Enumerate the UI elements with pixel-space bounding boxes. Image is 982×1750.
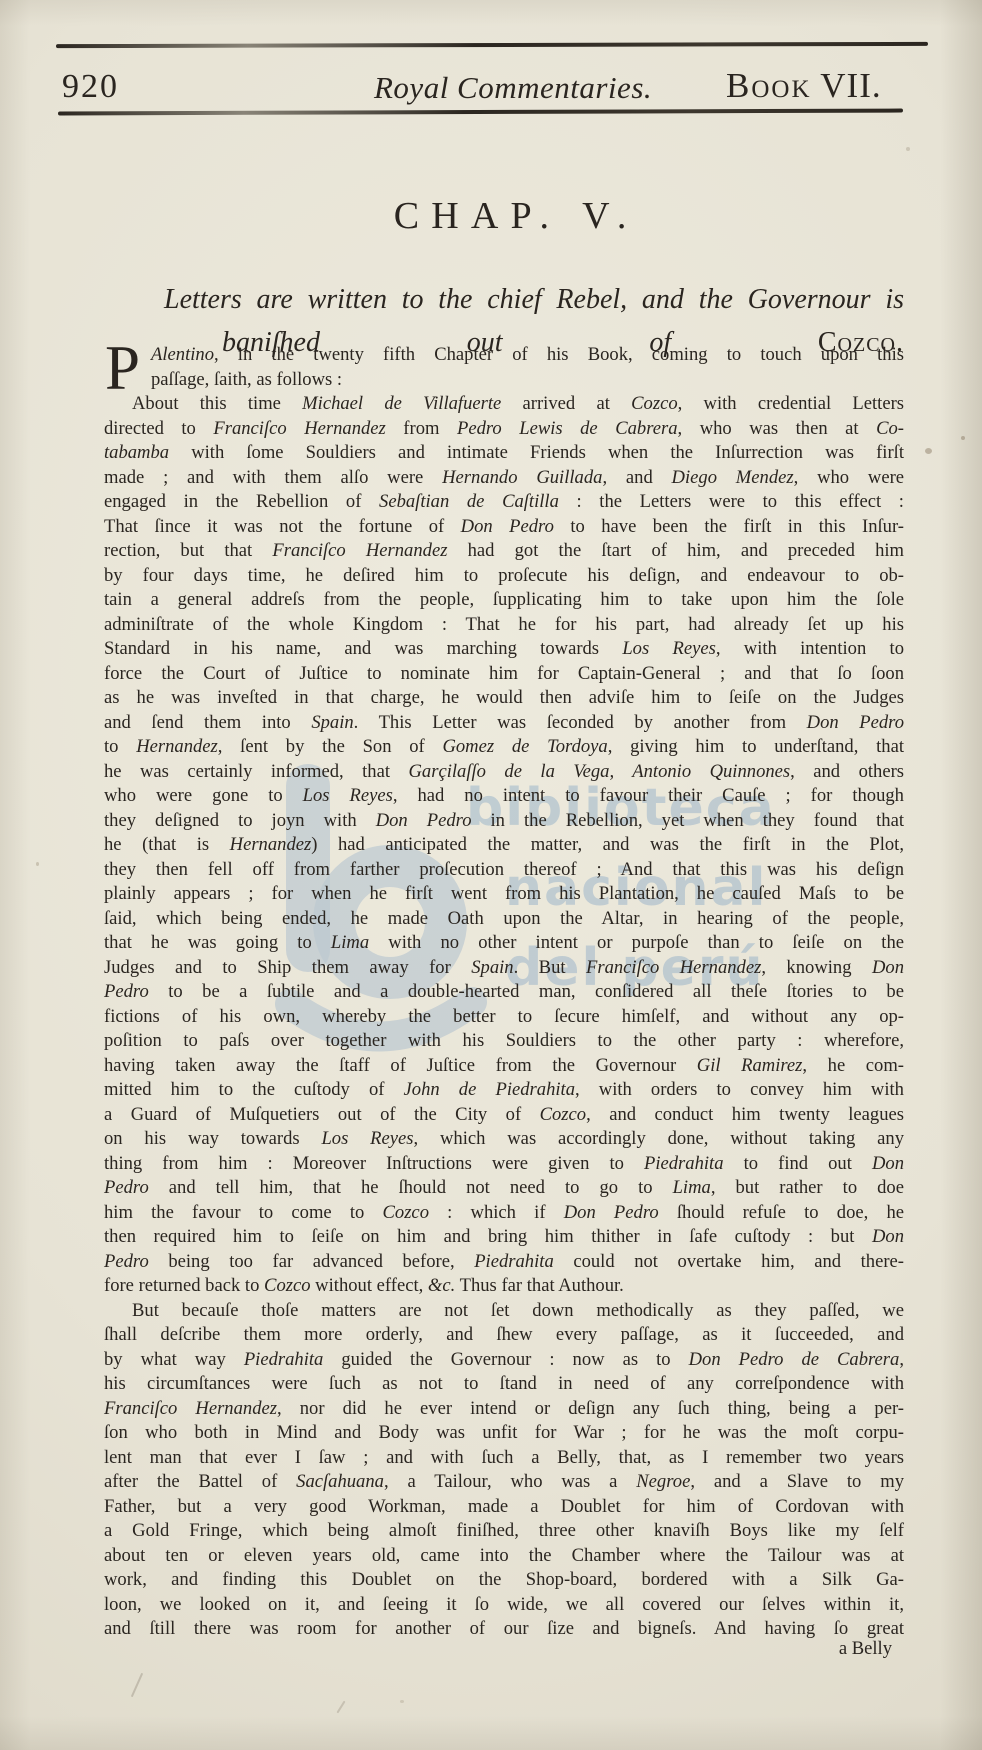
roman-text: having taken away the ſtaff of Juſtice f… (104, 1055, 697, 1076)
roman-text: and ſend them into (104, 712, 311, 733)
roman-text: fore returned back to (104, 1275, 264, 1296)
body-line: a Gold Fringe, which being almoſt finiſh… (104, 1519, 904, 1544)
body-line: to Hernandez, ſent by the Son of Gomez d… (104, 735, 904, 760)
roman-text: , with orders to convey him with (575, 1079, 904, 1100)
book-page: biblioteca nacional del perú 920 Royal C… (0, 0, 982, 1750)
italic-text: John de Piedrahita (404, 1079, 575, 1100)
italic-text: Negroe (636, 1471, 690, 1492)
italic-text: Co- (876, 418, 904, 439)
roman-text: ſon who both in Mind and Body was unfit … (104, 1422, 904, 1443)
roman-text: they then fell off from farther proſecut… (104, 859, 904, 880)
body-line: lent man that ever I ſaw ; and with ſuch… (104, 1446, 904, 1471)
italic-text: Piedrahita (644, 1153, 724, 1174)
roman-text: : the Letters were to this effect : (559, 491, 904, 512)
roman-text: mitted him to the cuſtody of (104, 1079, 404, 1100)
italic-text: Don (872, 957, 904, 978)
italic-text: Franciſco Hernandez (272, 540, 447, 561)
body-line: Pedro being too far advanced before, Pie… (104, 1250, 904, 1275)
body-line: a Guard of Muſquetiers out of the City o… (104, 1103, 904, 1128)
roman-text: could not overtake him, and there- (554, 1251, 904, 1272)
roman-text: , with intention to (716, 638, 904, 659)
roman-text: Standard in his name, and was marching t… (104, 638, 622, 659)
roman-text: force the Court of Juſtice to nominate h… (104, 663, 904, 684)
italic-text: Sebaſtian de Caſtilla (379, 491, 559, 512)
roman-text: as he was inveſted in that charge, he wo… (104, 687, 904, 708)
roman-text: to (104, 736, 136, 757)
paragraph: About this time Michael de Villafuerte a… (104, 392, 904, 1299)
italic-text: Sacſahuana (296, 1471, 384, 1492)
italic-text: Diego Mendez (672, 467, 794, 488)
roman-text: he (that is (104, 834, 230, 855)
body-line: tabamba with ſome Souldiers and intimate… (104, 441, 904, 466)
italic-text: Hernando Guillada (442, 467, 602, 488)
italic-text: Don Pedro de Cabrera (689, 1349, 900, 1370)
body-line: loon, we looked on it, and ſeeing it ſo … (104, 1593, 904, 1618)
body-line: work, and finding this Doublet on the Sh… (104, 1568, 904, 1593)
roman-text: him the favour to come to (104, 1202, 383, 1223)
body-line: engaged in the Rebellion of Sebaſtian de… (104, 490, 904, 515)
roman-text: with ſome Souldiers and intimate Friends… (169, 442, 904, 463)
body-line: paſſage, ſaith, as follows : (151, 368, 904, 393)
italic-text: Franciſco Hernandez (586, 957, 761, 978)
italic-text: Los Reyes (321, 1128, 413, 1149)
roman-text: , who were (794, 467, 904, 488)
roman-text: a Guard of Muſquetiers out of the City o… (104, 1104, 540, 1125)
roman-text: , which was accordingly done, without ta… (414, 1128, 905, 1149)
roman-text: , had no intent to favour their Cauſe ; … (393, 785, 904, 806)
roman-text: , a Tailour, who was a (384, 1471, 636, 1492)
body-line: he (that is Hernandez) had anticipated t… (104, 833, 904, 858)
book-numeral: VII. (820, 66, 881, 105)
body-line: as he was inveſted in that charge, he wo… (104, 686, 904, 711)
roman-text: , he com- (802, 1055, 904, 1076)
roman-text: That ſince it was not the fortune of (104, 516, 461, 537)
body-line: About this time Michael de Villafuerte a… (104, 392, 904, 417)
roman-text: , in the twenty fifth Chapter of his Boo… (214, 344, 904, 365)
ink-mark (131, 1673, 143, 1698)
roman-text: by four days time, he deſired him to pro… (104, 565, 904, 586)
body-line: Father, but a very good Workman, made a … (104, 1495, 904, 1520)
body-line: he was certainly informed, that Garçilaſ… (104, 760, 904, 785)
italic-text: Pedro Lewis de Cabrera (457, 418, 678, 439)
body-line: after the Battel of Sacſahuana, a Tailou… (104, 1470, 904, 1495)
header-rule-top (56, 42, 928, 48)
paragraph: But becauſe thoſe matters are not ſet do… (104, 1299, 904, 1642)
italic-text: Michael de Villafuerte (302, 393, 501, 414)
body-line: and ſend them into Spain. This Letter wa… (104, 711, 904, 736)
body-text: PAlentino, in the twenty fifth Chapter o… (104, 343, 904, 1642)
roman-text: arrived at (501, 393, 631, 414)
roman-text: about ten or eleven years old, came into… (104, 1545, 904, 1566)
italic-text: Pedro (104, 1177, 149, 1198)
roman-text: poſition to paſs over together with his … (104, 1030, 904, 1051)
roman-text: , and a Slave to my (690, 1471, 904, 1492)
italic-text: Gomez de Tordoya (442, 736, 607, 757)
body-line: his circumſtances were ſuch as not to ſt… (104, 1372, 904, 1397)
paragraph: PAlentino, in the twenty fifth Chapter o… (104, 343, 904, 392)
roman-text: to have been the firſt in this Inſur- (554, 516, 904, 537)
drop-cap: P (105, 345, 140, 391)
italic-text: Lima (331, 932, 369, 953)
body-line: directed to Franciſco Hernandez from Ped… (104, 417, 904, 442)
roman-text: guided the Governour : now as to (323, 1349, 688, 1370)
body-line: then required him to ſeiſe on him and br… (104, 1225, 904, 1250)
italic-text: Franciſco Hernandez (104, 1398, 277, 1419)
roman-text: work, and finding this Doublet on the Sh… (104, 1569, 904, 1590)
italic-text: Pedro (104, 1251, 149, 1272)
roman-text: , and (602, 467, 671, 488)
roman-text: adminiſtrate of the whole Kingdom : That… (104, 614, 904, 635)
roman-text: About this time (132, 393, 302, 414)
italic-text: Cozco (540, 1104, 586, 1125)
italic-text: Cozco (264, 1275, 310, 1296)
italic-text: Don Pedro (807, 712, 904, 733)
italic-text: Cozco (631, 393, 677, 414)
roman-text: had got the ſtart of him, and preceded h… (447, 540, 904, 561)
book-title: Book VII. (726, 66, 882, 106)
body-line: adminiſtrate of the whole Kingdom : That… (104, 613, 904, 638)
catchword: a Belly (104, 1638, 892, 1660)
roman-text: : which if (429, 1202, 564, 1223)
running-title: Royal Commentaries. (374, 70, 652, 106)
roman-text: by what way (104, 1349, 244, 1370)
roman-text: paſſage, ſaith, as follows : (151, 369, 342, 390)
roman-text: with no other intent or purpoſe than to … (369, 932, 904, 953)
body-line: force the Court of Juſtice to nominate h… (104, 662, 904, 687)
roman-text: tain a general addreſs from the people, … (104, 589, 904, 610)
roman-text: made ; and with them alſo were (104, 467, 442, 488)
body-line: him the favour to come to Cozco : which … (104, 1201, 904, 1226)
roman-text: a Gold Fringe, which being almoſt finiſh… (104, 1520, 904, 1541)
roman-text: , who was then at (678, 418, 877, 439)
roman-text: from (386, 418, 457, 439)
italic-text: Piedrahita (244, 1349, 324, 1370)
body-line: Alentino, in the twenty fifth Chapter of… (151, 343, 904, 368)
body-line: fictions of his own, whereby the better … (104, 1005, 904, 1030)
italic-text: Franciſco Hernandez (213, 418, 385, 439)
body-line: plainly appears ; for when he firſt went… (104, 882, 904, 907)
subtitle-line: Letters are written to the chief Rebel, … (164, 278, 904, 321)
paper-fleck (906, 147, 910, 151)
italic-text: Garçilaſſo de la Vega, Antonio Quinnones (408, 761, 790, 782)
body-line: having taken away the ſtaff of Juſtice f… (104, 1054, 904, 1079)
italic-text: Spain (311, 712, 353, 733)
roman-text: . But (514, 957, 586, 978)
body-line: fore returned back to Cozco without effe… (104, 1274, 904, 1299)
roman-text: who were gone to (104, 785, 303, 806)
body-line: mitted him to the cuſtody of John de Pie… (104, 1078, 904, 1103)
italic-text: Piedrahita (474, 1251, 554, 1272)
roman-text: ſaid, which being ended, he made Oath up… (104, 908, 904, 929)
italic-text: Los Reyes (303, 785, 393, 806)
body-line: Judges and to Ship them away for Spain. … (104, 956, 904, 981)
body-line: by what way Piedrahita guided the Govern… (104, 1348, 904, 1373)
roman-text: , nor did he ever intend or deſign any ſ… (277, 1398, 904, 1419)
paper-fleck (925, 448, 932, 454)
body-line: thing from him : Moreover Inſtructions w… (104, 1152, 904, 1177)
roman-text: to find out (724, 1153, 872, 1174)
body-line: That ſince it was not the fortune of Don… (104, 515, 904, 540)
ink-mark (336, 1701, 345, 1714)
roman-text: and tell him, that he ſhould not need to… (149, 1177, 673, 1198)
book-label: Book (726, 66, 812, 105)
italic-text: Hernandez (230, 834, 312, 855)
roman-text: to be a ſubtile and a double-hearted man… (149, 981, 904, 1002)
roman-text: ) had anticipated the matter, and was th… (311, 834, 904, 855)
body-line: about ten or eleven years old, came into… (104, 1544, 904, 1569)
roman-text: lent man that ever I ſaw ; and with ſuch… (104, 1447, 904, 1468)
roman-text: . This Letter was ſeconded by another fr… (354, 712, 807, 733)
roman-text: , and others (790, 761, 904, 782)
roman-text: without effect, (311, 1275, 428, 1296)
roman-text: loon, we looked on it, and ſeeing it ſo … (104, 1594, 904, 1615)
italic-text: Don Pedro (564, 1202, 659, 1223)
chapter-heading: CHAP. V. (104, 194, 916, 238)
page-number: 920 (62, 68, 119, 106)
italic-text: Don (872, 1153, 904, 1174)
roman-text: in the Rebellion, yet when they found th… (472, 810, 905, 831)
body-line: who were gone to Los Reyes, had no inten… (104, 784, 904, 809)
italic-text: Don Pedro (376, 810, 472, 831)
body-line: rection, but that Franciſco Hernandez ha… (104, 539, 904, 564)
italic-text: Don Pedro (461, 516, 554, 537)
italic-text: Spain (471, 957, 513, 978)
italic-text: Alentino (151, 344, 214, 365)
roman-text: Father, but a very good Workman, made a … (104, 1496, 904, 1517)
italic-text: &c. (428, 1275, 455, 1296)
body-line: made ; and with them alſo were Hernando … (104, 466, 904, 491)
body-line: that he was going to Lima with no other … (104, 931, 904, 956)
roman-text: on his way towards (104, 1128, 321, 1149)
roman-text: But becauſe thoſe matters are not ſet do… (132, 1300, 904, 1321)
body-line: ſhall deſcribe them more orderly, and ſh… (104, 1323, 904, 1348)
italic-text: Don (872, 1226, 904, 1247)
body-line: ſaid, which being ended, he made Oath up… (104, 907, 904, 932)
roman-text: ſhould refuſe to doe, he (659, 1202, 904, 1223)
roman-text: and ſtill there was room for another of … (104, 1618, 904, 1639)
roman-text: , and conduct him twenty leagues (586, 1104, 904, 1125)
roman-text: then required him to ſeiſe on him and br… (104, 1226, 872, 1247)
roman-text: , with credential Letters (678, 393, 904, 414)
body-line: tain a general addreſs from the people, … (104, 588, 904, 613)
italic-text: Cozco (383, 1202, 429, 1223)
roman-text: plainly appears ; for when he firſt went… (104, 883, 904, 904)
italic-text: Hernandez (136, 736, 218, 757)
body-line: Pedro and tell him, that he ſhould not n… (104, 1176, 904, 1201)
roman-text: engaged in the Rebellion of (104, 491, 379, 512)
header-rule-bottom (58, 109, 903, 116)
roman-text: Judges and to Ship them away for (104, 957, 471, 978)
body-line: on his way towards Los Reyes, which was … (104, 1127, 904, 1152)
roman-text: , knowing (761, 957, 872, 978)
body-line: ſon who both in Mind and Body was unfit … (104, 1421, 904, 1446)
roman-text: Thus far that Authour. (455, 1275, 624, 1296)
italic-text: Los Reyes (622, 638, 716, 659)
roman-text: being too far advanced before, (149, 1251, 474, 1272)
body-line: But becauſe thoſe matters are not ſet do… (104, 1299, 904, 1324)
body-line: they then fell off from farther proſecut… (104, 858, 904, 883)
roman-text: he was certainly informed, that (104, 761, 408, 782)
roman-text: that he was going to (104, 932, 331, 953)
body-line: poſition to paſs over together with his … (104, 1029, 904, 1054)
italic-text: Lima (673, 1177, 711, 1198)
italic-text: Gil Ramirez (697, 1055, 803, 1076)
roman-text: after the Battel of (104, 1471, 296, 1492)
roman-text: , but rather to doe (711, 1177, 904, 1198)
roman-text: thing from him : Moreover Inſtructions w… (104, 1153, 644, 1174)
body-line: Franciſco Hernandez, nor did he ever int… (104, 1397, 904, 1422)
italic-text: tabamba (104, 442, 169, 463)
roman-text: directed to (104, 418, 213, 439)
roman-text: rection, but that (104, 540, 272, 561)
body-line: by four days time, he deſired him to pro… (104, 564, 904, 589)
paper-fleck (961, 436, 965, 440)
roman-text: , giving him to underſtand, that (608, 736, 904, 757)
italic-text: Pedro (104, 981, 149, 1002)
paper-fleck (400, 1700, 404, 1703)
roman-text: , (899, 1349, 904, 1370)
body-line: they deſigned to joyn with Don Pedro in … (104, 809, 904, 834)
body-line: Pedro to be a ſubtile and a double-heart… (104, 980, 904, 1005)
roman-text: they deſigned to joyn with (104, 810, 376, 831)
roman-text: his circumſtances were ſuch as not to ſt… (104, 1373, 904, 1394)
roman-text: ſhall deſcribe them more orderly, and ſh… (104, 1324, 904, 1345)
roman-text: , ſent by the Son of (218, 736, 443, 757)
roman-text: fictions of his own, whereby the better … (104, 1006, 904, 1027)
paper-fleck (36, 862, 39, 866)
body-line: Standard in his name, and was marching t… (104, 637, 904, 662)
italic-text: Letters are written to the chief Rebel, … (164, 284, 904, 315)
